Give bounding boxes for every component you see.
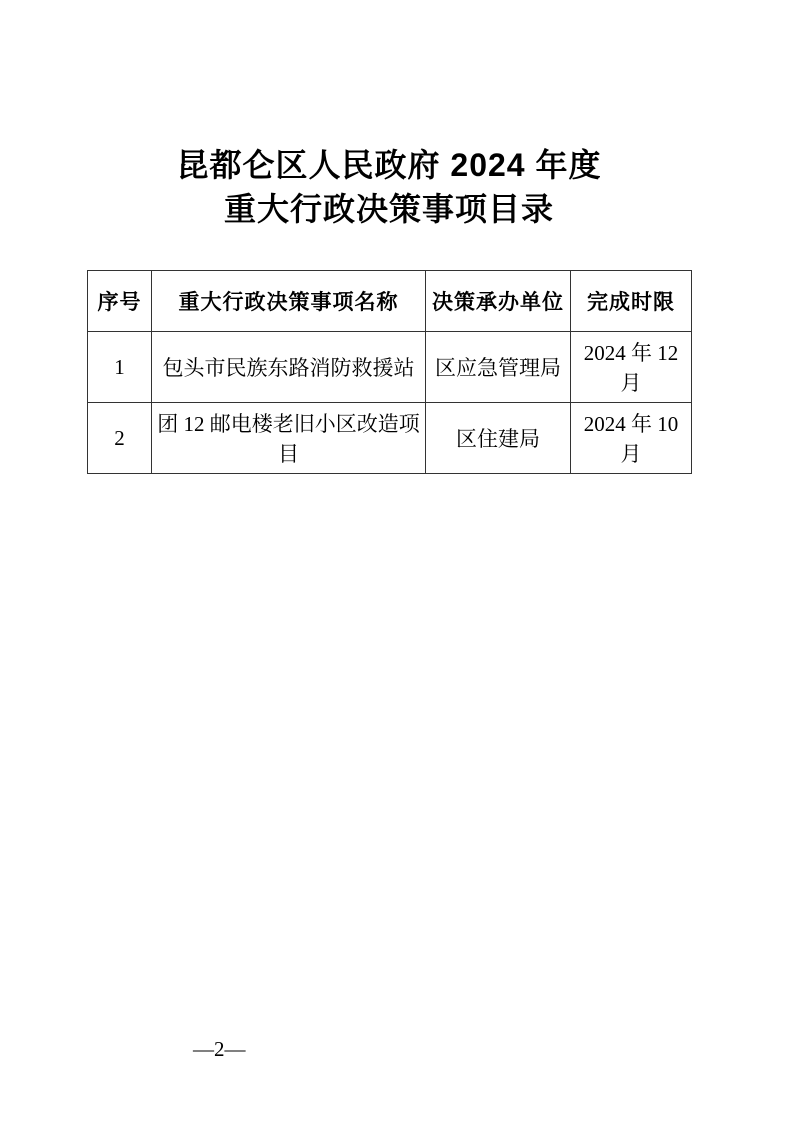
header-cell-deadline: 完成时限	[571, 271, 692, 332]
cell-responsible-unit: 区住建局	[426, 403, 571, 474]
cell-row-index: 2	[88, 403, 152, 474]
page-title: 昆都仑区人民政府 2024 年度 重大行政决策事项目录	[87, 143, 691, 231]
page-number: —2—	[193, 1037, 246, 1062]
cell-item-name: 包头市民族东路消防救援站	[152, 332, 426, 403]
cell-deadline: 2024 年 10 月	[571, 403, 692, 474]
header-cell-unit: 决策承办单位	[426, 271, 571, 332]
table-header-row: 序号 重大行政决策事项名称 决策承办单位 完成时限	[88, 271, 692, 332]
document-page: 昆都仑区人民政府 2024 年度 重大行政决策事项目录 序号 重大行政决策事项名…	[0, 0, 793, 1122]
table-row: 2 团 12 邮电楼老旧小区改造项目 区住建局 2024 年 10 月	[88, 403, 692, 474]
header-cell-index: 序号	[88, 271, 152, 332]
cell-item-name: 团 12 邮电楼老旧小区改造项目	[152, 403, 426, 474]
page-title-line-2: 重大行政决策事项目录	[87, 187, 691, 231]
decision-catalog-table: 序号 重大行政决策事项名称 决策承办单位 完成时限 1 包头市民族东路消防救援站…	[87, 270, 692, 474]
table-row: 1 包头市民族东路消防救援站 区应急管理局 2024 年 12 月	[88, 332, 692, 403]
cell-row-index: 1	[88, 332, 152, 403]
cell-responsible-unit: 区应急管理局	[426, 332, 571, 403]
cell-deadline: 2024 年 12 月	[571, 332, 692, 403]
header-cell-name: 重大行政决策事项名称	[152, 271, 426, 332]
page-title-line-1: 昆都仑区人民政府 2024 年度	[87, 143, 691, 187]
